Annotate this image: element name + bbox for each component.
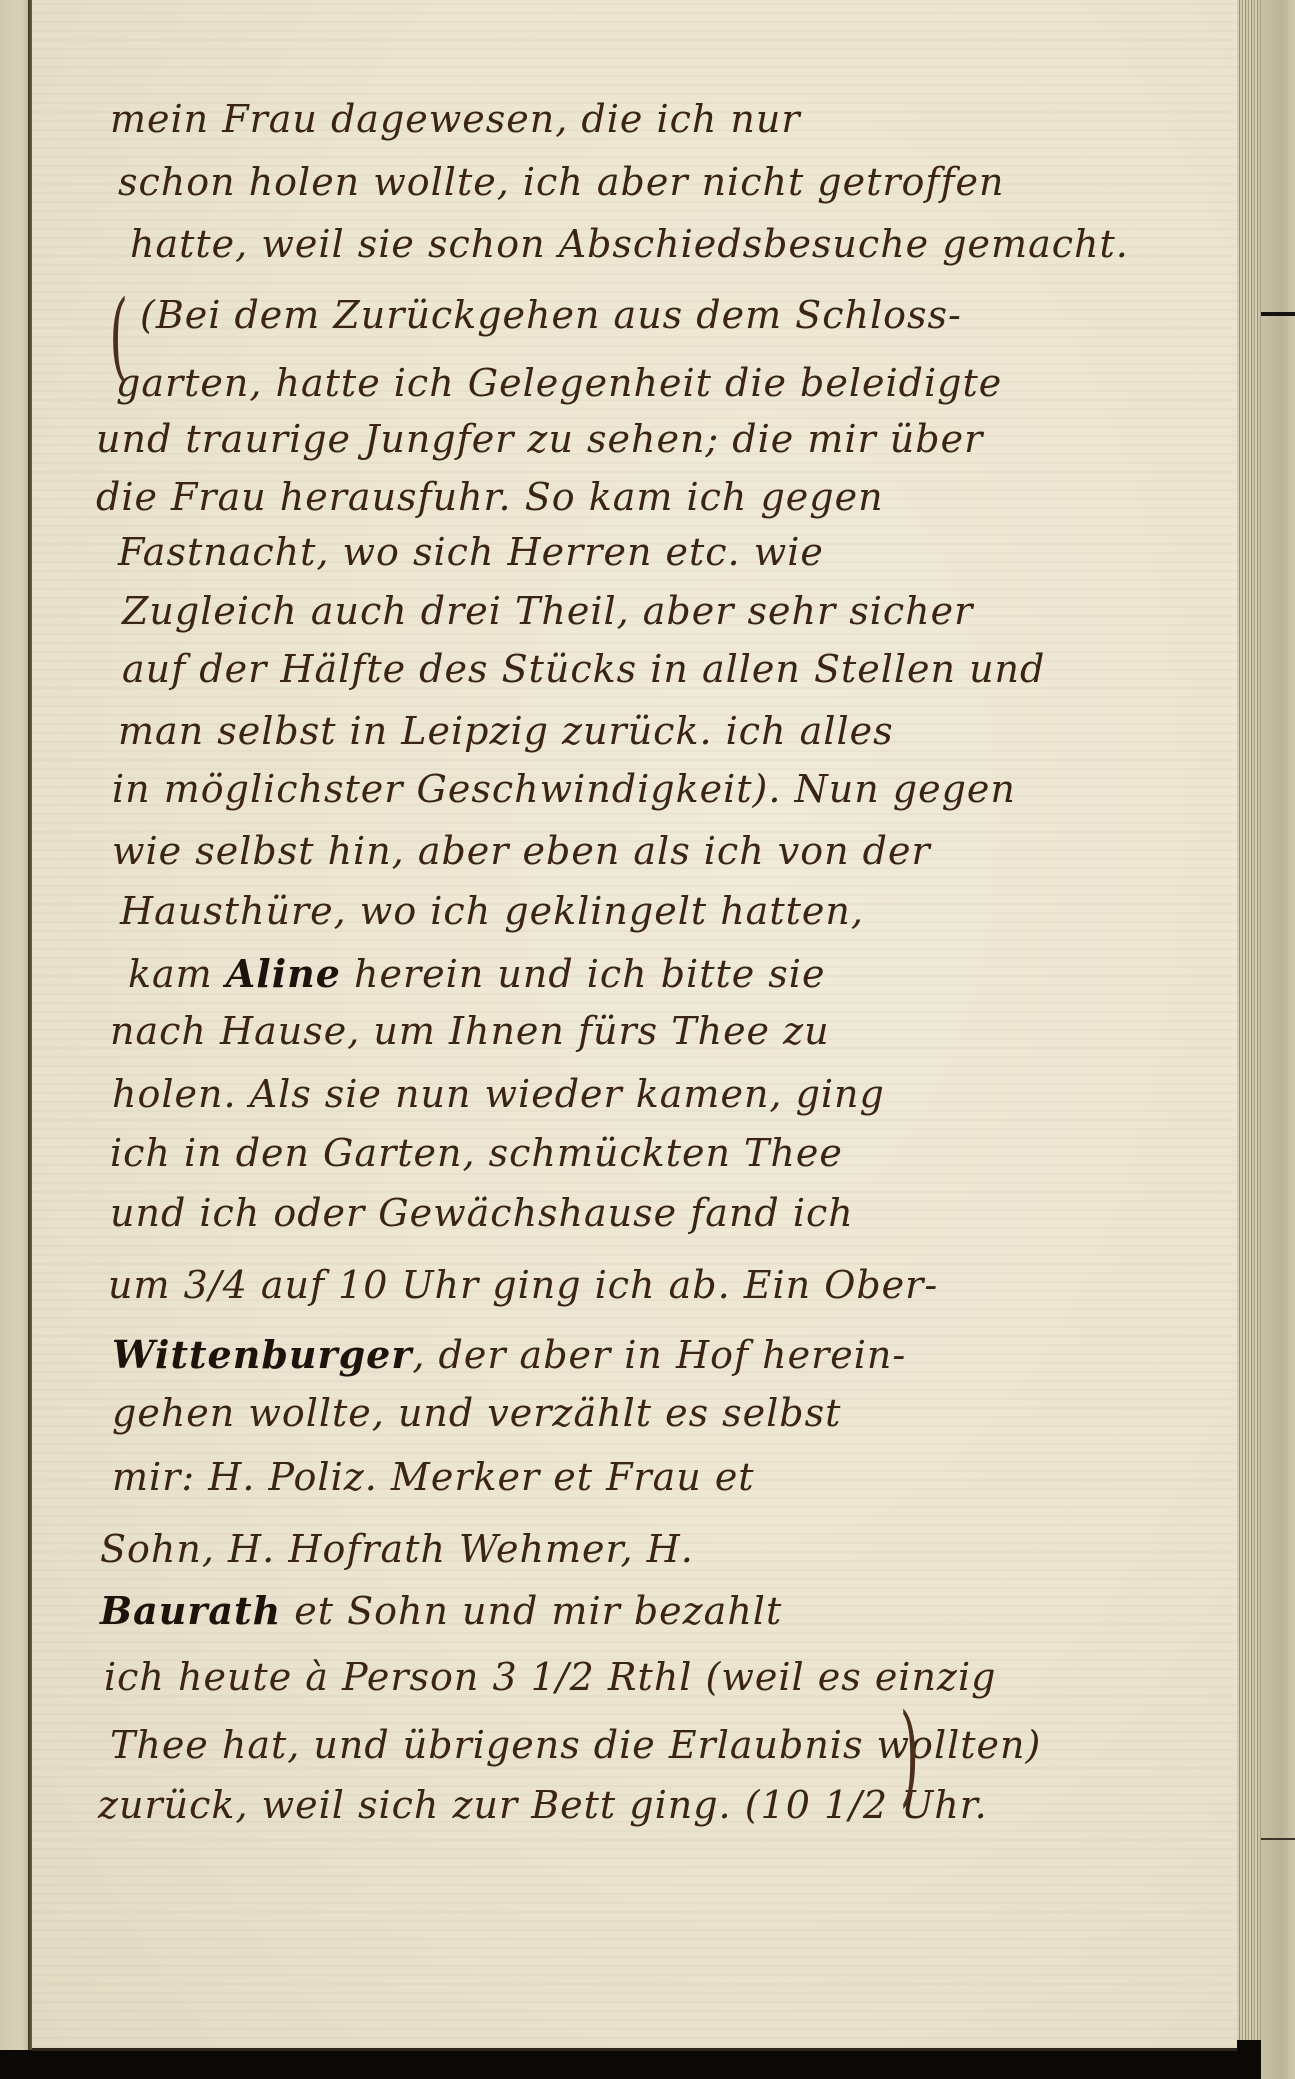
- cover-crease-mark: [1261, 312, 1295, 316]
- manuscript-line: und ich oder Gewächshause fand ich: [110, 1194, 854, 1232]
- manuscript-line: gehen wollte, und verzählt es selbst: [112, 1394, 841, 1432]
- manuscript-line: Baurath et Sohn und mir bezahlt: [100, 1592, 782, 1630]
- emphasized-name: Wittenburger: [112, 1332, 412, 1377]
- manuscript-line: Fastnacht, wo sich Herren etc. wie: [118, 533, 824, 571]
- manuscript-line: nach Hause, um Ihnen fürs Thee zu: [110, 1012, 830, 1050]
- manuscript-line: kam Aline herein und ich bitte sie: [128, 955, 825, 993]
- manuscript-line: hatte, weil sie schon Abschiedsbesuche g…: [130, 225, 1129, 263]
- manuscript-line: zurück, weil sich zur Bett ging. (10 1/2…: [98, 1786, 988, 1824]
- manuscript-line: ich in den Garten, schmückten Thee: [110, 1134, 843, 1172]
- manuscript-line: man selbst in Leipzig zurück. ich alles: [118, 712, 894, 750]
- manuscript-line: und traurige Jungfer zu sehen; die mir ü…: [96, 420, 983, 458]
- manuscript-line: um 3/4 auf 10 Uhr ging ich ab. Ein Ober-: [108, 1266, 938, 1304]
- manuscript-line: schon holen wollte, ich aber nicht getro…: [118, 163, 1005, 201]
- manuscript-line: holen. Als sie nun wieder kamen, ging: [112, 1075, 885, 1113]
- manuscript-line: Sohn, H. Hofrath Wehmer, H.: [100, 1530, 694, 1568]
- emphasized-name: Baurath: [100, 1588, 281, 1633]
- manuscript-line: Zugleich auch drei Theil, aber sehr sich…: [122, 592, 973, 630]
- manuscript-line: wie selbst hin, aber eben als ich von de…: [112, 832, 931, 870]
- manuscript-line: garten, hatte ich Gelegenheit die beleid…: [116, 364, 1002, 402]
- manuscript-line: ich heute à Person 3 1/2 Rthl (weil es e…: [104, 1658, 996, 1696]
- manuscript-line: mir: H. Poliz. Merker et Frau et: [112, 1458, 755, 1496]
- manuscript-line: auf der Hälfte des Stücks in allen Stell…: [122, 650, 1045, 688]
- manuscript-line: (Bei dem Zurückgehen aus dem Schloss-: [140, 296, 962, 334]
- manuscript-line: Hausthüre, wo ich geklingelt hatten,: [120, 892, 864, 930]
- close-parenthesis-mark: ): [900, 1690, 919, 1818]
- manuscript-line: in möglichster Geschwindigkeit). Nun geg…: [112, 770, 1016, 808]
- manuscript-line: die Frau herausfuhr. So kam ich gegen: [96, 478, 884, 516]
- emphasized-name: Aline: [226, 951, 341, 996]
- cover-crease-mark-lower: [1261, 1838, 1295, 1840]
- open-parenthesis-mark: (: [109, 280, 128, 392]
- manuscript-line: mein Frau dagewesen, die ich nur: [110, 100, 801, 138]
- manuscript-line: Wittenburger, der aber in Hof herein-: [112, 1336, 906, 1374]
- facing-page-edge: [0, 0, 30, 2050]
- page-edge-stack: [1237, 0, 1261, 2040]
